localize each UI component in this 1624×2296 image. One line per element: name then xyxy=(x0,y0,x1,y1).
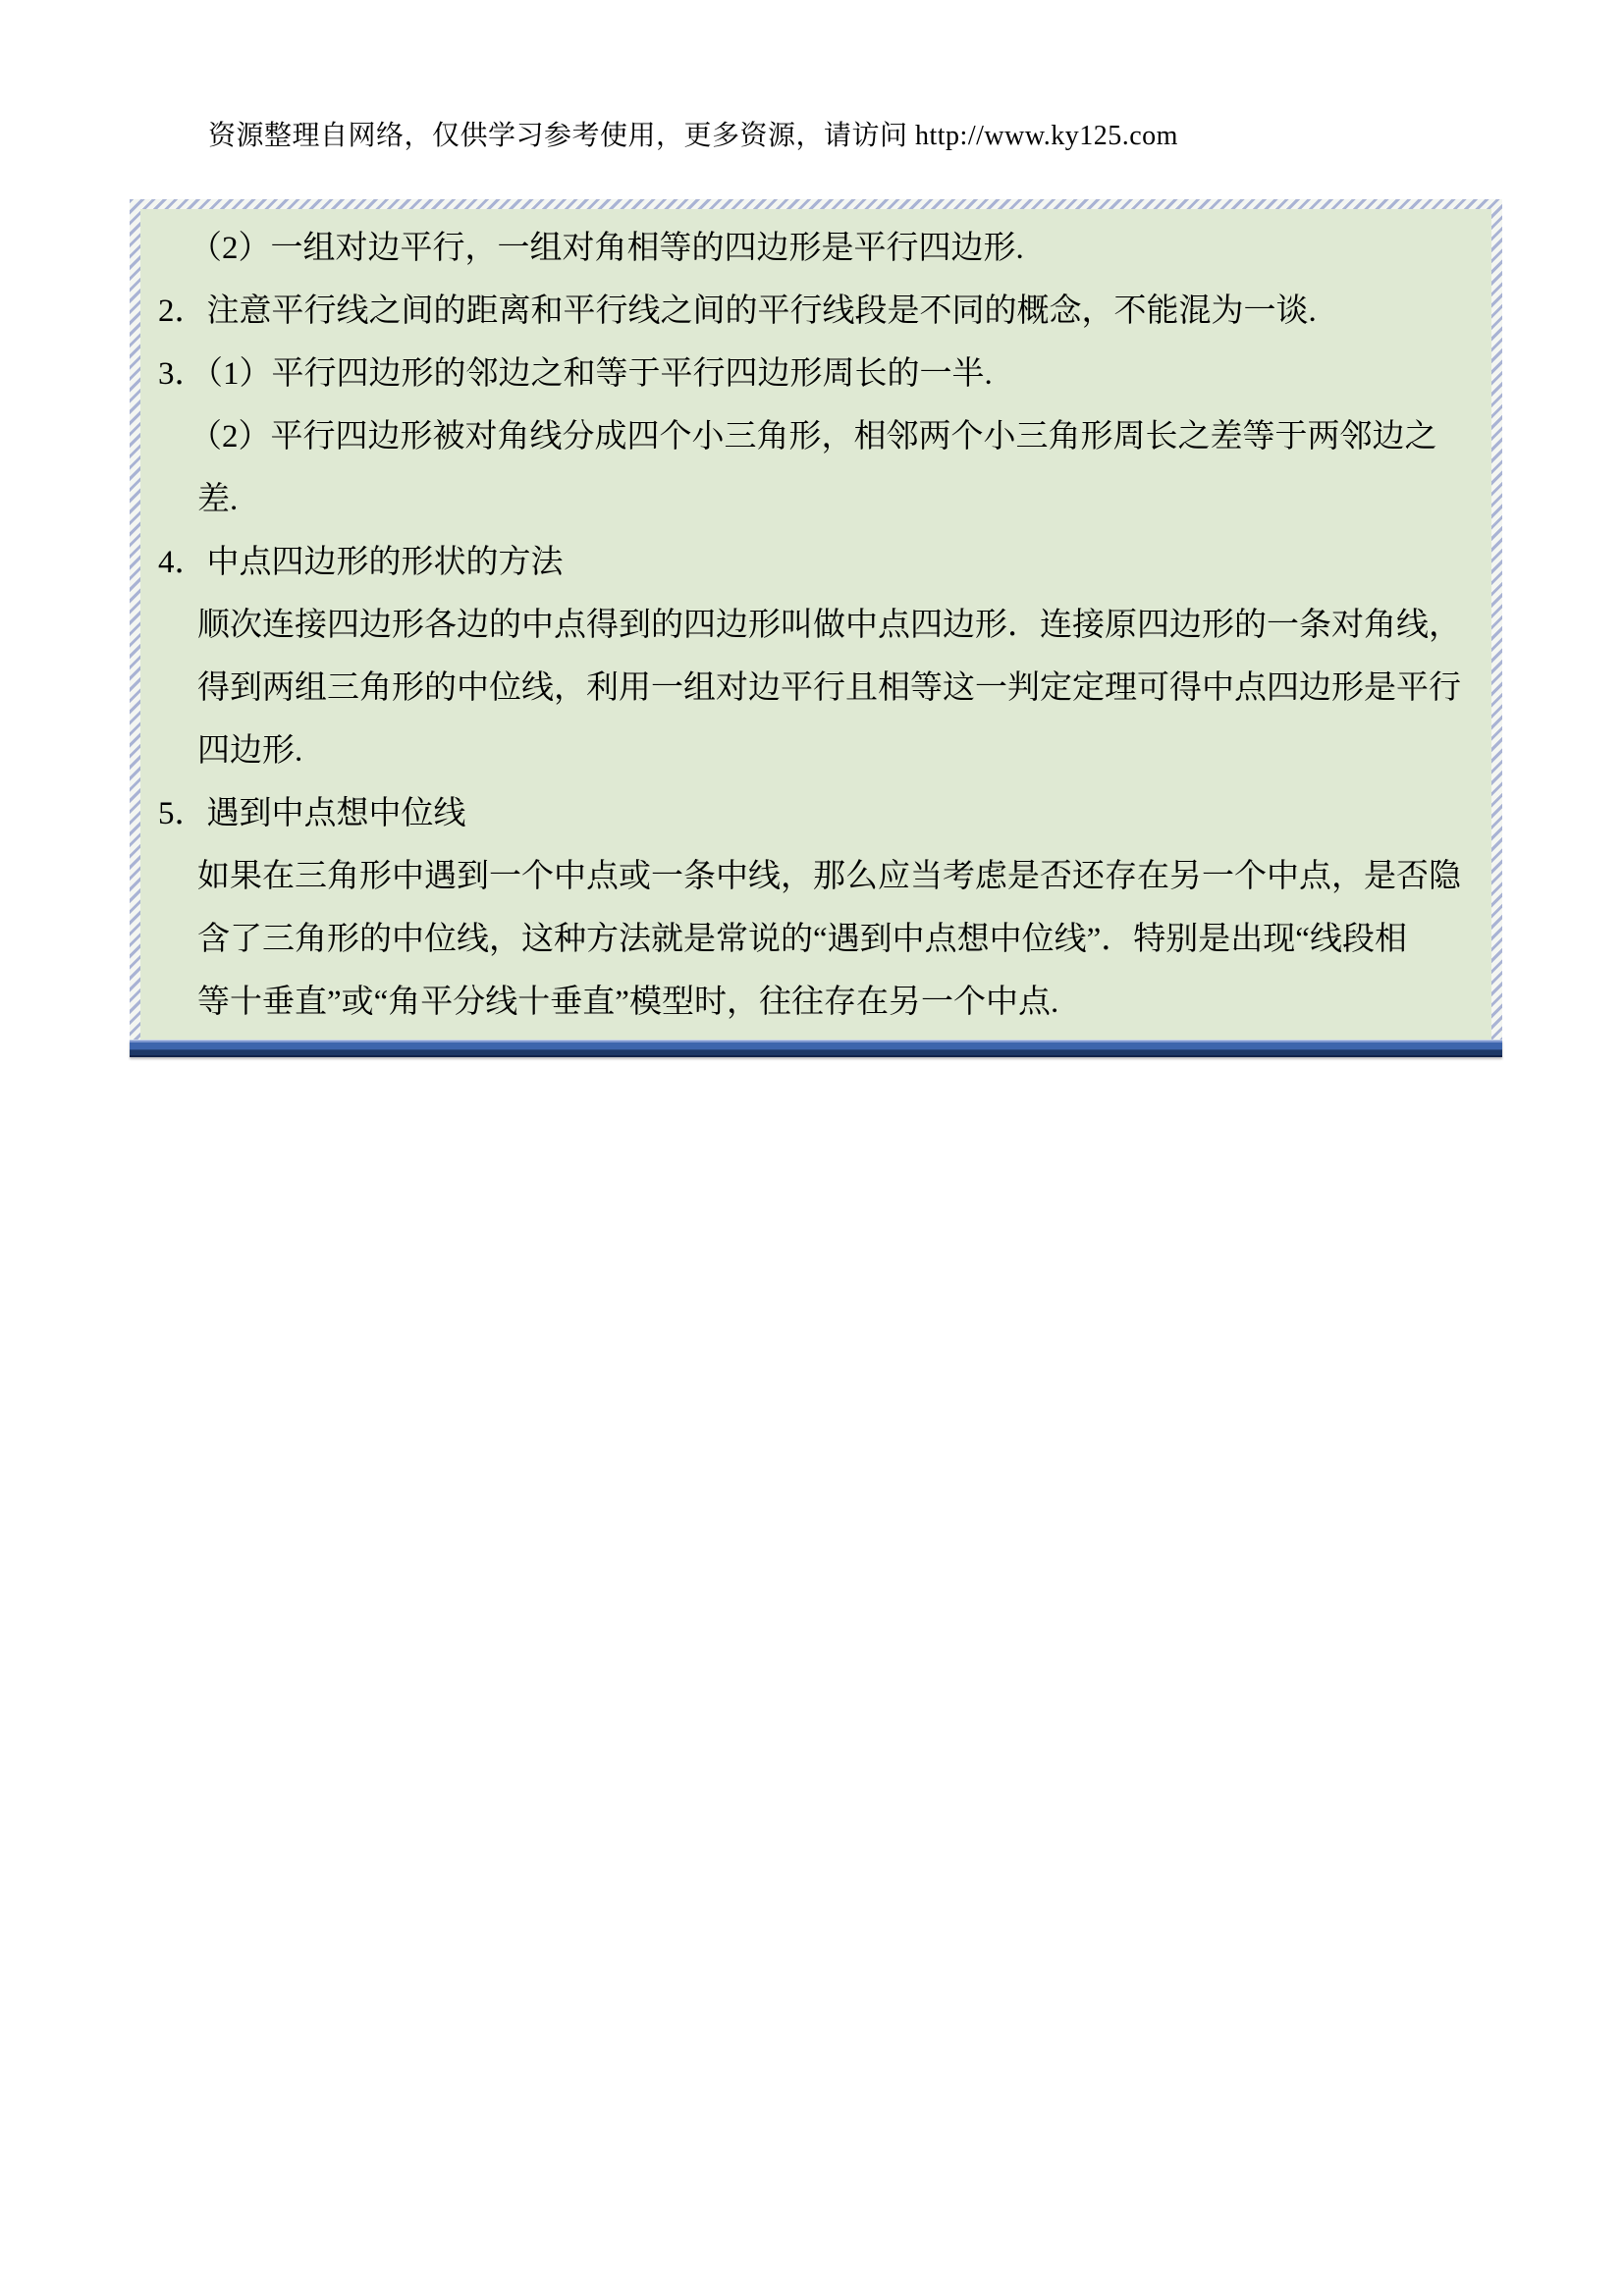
note-line: 四边形. xyxy=(140,720,1491,782)
note-line: 5．遇到中点想中位线 xyxy=(140,782,1491,845)
note-line: 等十垂直”或“角平分线十垂直”模型时，往往存在另一个中点. xyxy=(140,971,1491,1034)
bottom-double-rule xyxy=(130,1040,1502,1057)
note-line: （2）平行四边形被对角线分成四个小三角形，相邻两个小三角形周长之差等于两邻边之 xyxy=(140,405,1491,468)
page-header-disclaimer: 资源整理自网络，仅供学习参考使用，更多资源，请访问 http://www.ky1… xyxy=(208,114,1178,153)
hatched-border-frame: （2）一组对边平行，一组对角相等的四边形是平行四边形. 2．注意平行线之间的距离… xyxy=(130,199,1502,1040)
note-line: 2．注意平行线之间的距离和平行线之间的平行线段是不同的概念，不能混为一谈. xyxy=(140,280,1491,343)
note-line: 4．中点四边形的形状的方法 xyxy=(140,531,1491,594)
note-line: 顺次连接四边形各边的中点得到的四边形叫做中点四边形．连接原四边形的一条对角线， xyxy=(140,594,1491,657)
summary-note-box: （2）一组对边平行，一组对角相等的四边形是平行四边形. 2．注意平行线之间的距离… xyxy=(130,199,1502,1057)
note-line: 3．（1）平行四边形的邻边之和等于平行四边形周长的一半. xyxy=(140,343,1491,405)
note-line: 得到两组三角形的中位线，利用一组对边平行且相等这一判定定理可得中点四边形是平行 xyxy=(140,657,1491,720)
note-line: （2）一组对边平行，一组对角相等的四边形是平行四边形. xyxy=(140,217,1491,280)
note-line: 含了三角形的中位线，这种方法就是常说的“遇到中点想中位线”．特别是出现“线段相 xyxy=(140,908,1491,971)
note-line: 差. xyxy=(140,468,1491,531)
note-line: 如果在三角形中遇到一个中点或一条中线，那么应当考虑是否还存在另一个中点，是否隐 xyxy=(140,845,1491,908)
note-content-area: （2）一组对边平行，一组对角相等的四边形是平行四边形. 2．注意平行线之间的距离… xyxy=(140,209,1491,1040)
